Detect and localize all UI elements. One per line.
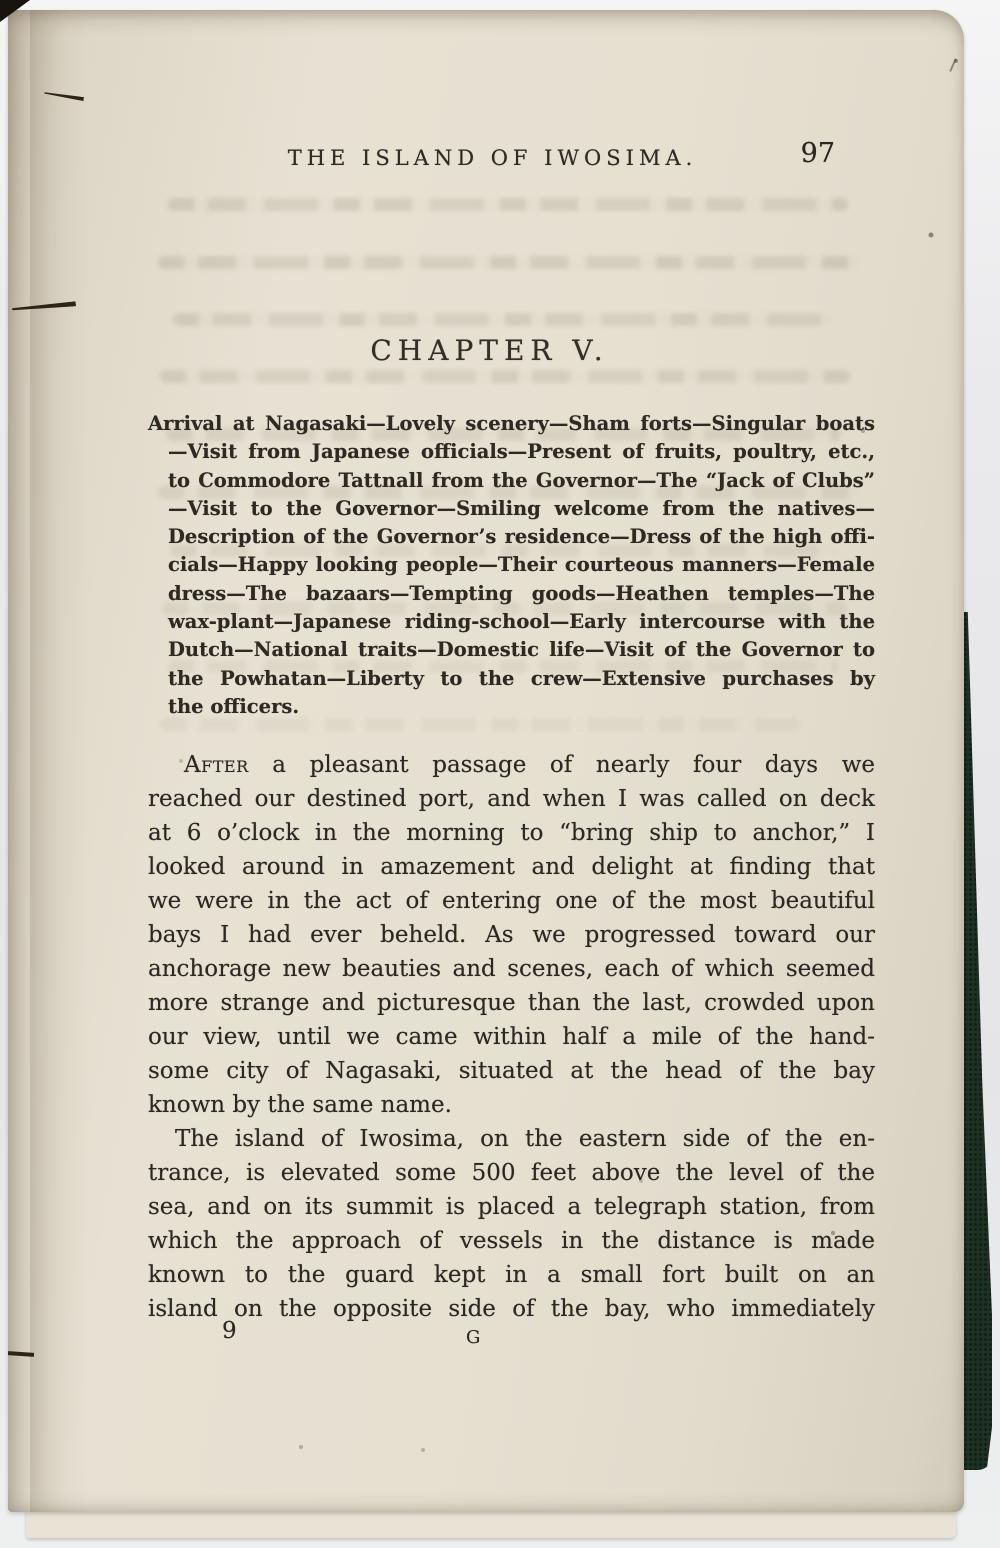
- paragraph-1: After a pleasant passage of nearly four …: [148, 748, 875, 1122]
- body-line: at 6 o’clock in the morning to “bring sh…: [148, 816, 875, 850]
- chapter-summary: Arrival at Nagasaki—Lovely scenery—Sham …: [148, 410, 875, 721]
- body-line: reached our destined port, and when I wa…: [148, 782, 875, 816]
- paragraph1-first-line-rest: a pleasant passage of nearly four days w…: [272, 752, 875, 778]
- summary-line: —Visit to the Governor—Smiling welcome f…: [148, 495, 875, 523]
- body-line: bays I had ever beheld. As we progressed…: [148, 918, 875, 952]
- binding-stitch: [12, 301, 76, 312]
- body-line: some city of Nagasaki, situated at the h…: [148, 1054, 875, 1088]
- body-line: known to the guard kept in a small fort …: [148, 1258, 875, 1292]
- chapter-heading: CHAPTER V.: [148, 334, 875, 367]
- body-line: we were in the act of entering one of th…: [148, 884, 875, 918]
- summary-line: dress—The bazaars—Tempting goods—Heathen…: [148, 580, 875, 608]
- paragraph-2: The island of Iwosima, on the eastern si…: [148, 1122, 875, 1326]
- paper-fiber: [949, 58, 956, 71]
- paragraph2-lines: trance, is elevated some 500 feet above …: [148, 1156, 875, 1326]
- text-column: THE ISLAND OF IWOSIMA. 97 CHAPTER V. Arr…: [148, 10, 875, 1512]
- body-line: our view, until we came within half a mi…: [148, 1020, 875, 1054]
- running-header-title: THE ISLAND OF IWOSIMA.: [148, 146, 875, 170]
- summary-line: cials—Happy looking people—Their courteo…: [148, 551, 875, 579]
- summary-first-line: Arrival at Nagasaki—Lovely scenery—Sham …: [148, 410, 875, 438]
- summary-line: —Visit from Japanese officials—Present o…: [148, 438, 875, 466]
- body-line: more strange and picturesque than the la…: [148, 986, 875, 1020]
- body-line: sea, and on its summit is placed a teleg…: [148, 1190, 875, 1224]
- paragraph1-first-line: After a pleasant passage of nearly four …: [148, 748, 875, 782]
- body-line: trance, is elevated some 500 feet above …: [148, 1156, 875, 1190]
- signature-mark-9: 9: [222, 1318, 237, 1344]
- summary-line: to Commodore Tattnall from the Governor—…: [148, 467, 875, 495]
- page-number: 97: [801, 138, 835, 169]
- summary-line: the Powhatan—Liberty to the crew—Extensi…: [148, 665, 875, 693]
- paragraph1-leadin-smallcaps: After: [184, 752, 249, 778]
- binding-stitch: [44, 91, 84, 101]
- paragraph1-last-line: known by the same name.: [148, 1088, 875, 1122]
- summary-last-line: the officers.: [148, 693, 875, 721]
- summary-line: Dutch—National traits—Domestic life—Visi…: [148, 636, 875, 664]
- summary-line: Description of the Governor’s residence—…: [148, 523, 875, 551]
- body-text: After a pleasant passage of nearly four …: [148, 748, 875, 1326]
- body-line: which the approach of vessels in the dis…: [148, 1224, 875, 1258]
- body-line: island on the opposite side of the bay, …: [148, 1292, 875, 1326]
- summary-continuation-lines: —Visit from Japanese officials—Present o…: [148, 438, 875, 693]
- body-line: anchorage new beauties and scenes, each …: [148, 952, 875, 986]
- signature-mark-g: G: [466, 1327, 481, 1348]
- binding-stitch: [8, 1351, 34, 1357]
- body-line: looked around in amazement and delight a…: [148, 850, 875, 884]
- book-page: THE ISLAND OF IWOSIMA. 97 CHAPTER V. Arr…: [8, 10, 964, 1512]
- summary-line: wax-plant—Japanese riding-school—Early i…: [148, 608, 875, 636]
- paragraph1-lines: reached our destined port, and when I wa…: [148, 782, 875, 1088]
- paragraph2-first-line: The island of Iwosima, on the eastern si…: [148, 1122, 875, 1156]
